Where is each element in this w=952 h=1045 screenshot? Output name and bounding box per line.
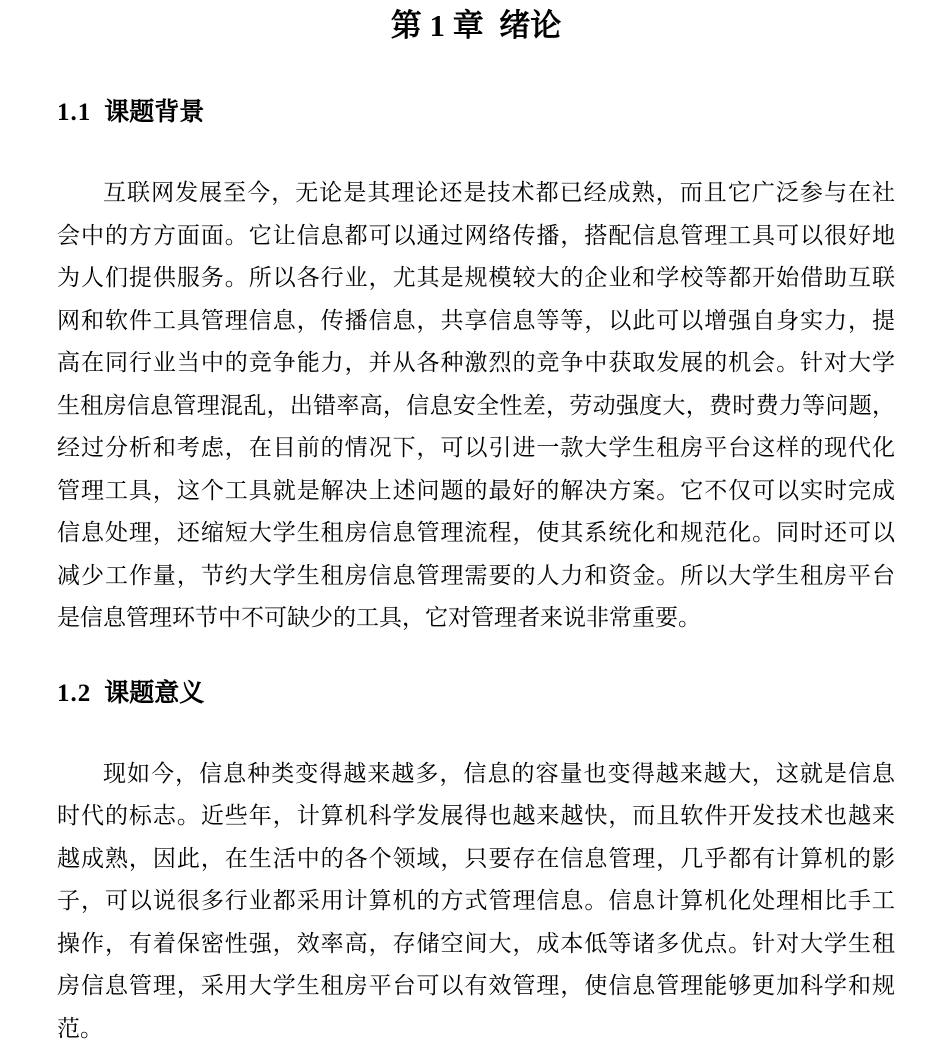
- section-heading-1-1: 1.1课题背景: [57, 98, 895, 128]
- chapter-title: 第 1 章 绪论: [57, 6, 895, 46]
- body-line: 管理工具，这个工具就是解决上述问题的最好的解决方案。它不仅可以实时完成: [57, 470, 895, 513]
- body-line: 生租房信息管理混乱，出错率高，信息安全性差，劳动强度大，费时费力等问题，: [57, 385, 895, 428]
- document-page: 第 1 章 绪论 1.1课题背景 互联网发展至今，无论是其理论还是技术都已经成熟…: [0, 0, 952, 1045]
- body-line: 子，可以说很多行业都采用计算机的方式管理信息。信息计算机化处理相比手工: [57, 880, 895, 923]
- body-line: 高在同行业当中的竞争能力，并从各种激烈的竞争中获取发展的机会。针对大学: [57, 342, 895, 385]
- body-line: 互联网发展至今，无论是其理论还是技术都已经成熟，而且它广泛参与在社: [57, 172, 895, 215]
- body-line: 范。: [57, 1008, 895, 1045]
- paragraph-significance: 现如今，信息种类变得越来越多，信息的容量也变得越来越大，这就是信息 时代的标志。…: [57, 753, 895, 1045]
- body-line: 越成熟，因此，在生活中的各个领域，只要存在信息管理，几乎都有计算机的影: [57, 838, 895, 881]
- paragraph-background: 互联网发展至今，无论是其理论还是技术都已经成熟，而且它广泛参与在社 会中的方方面…: [57, 172, 895, 640]
- body-line: 现如今，信息种类变得越来越多，信息的容量也变得越来越大，这就是信息: [57, 753, 895, 796]
- body-line: 为人们提供服务。所以各行业，尤其是规模较大的企业和学校等都开始借助互联: [57, 257, 895, 300]
- body-line: 信息处理，还缩短大学生租房信息管理流程，使其系统化和规范化。同时还可以: [57, 512, 895, 555]
- section-number: 1.2: [57, 680, 91, 707]
- body-line: 会中的方方面面。它让信息都可以通过网络传播，搭配信息管理工具可以很好地: [57, 215, 895, 258]
- body-line: 是信息管理环节中不可缺少的工具，它对管理者来说非常重要。: [57, 597, 895, 640]
- section-title: 课题意义: [104, 680, 204, 707]
- body-line: 经过分析和考虑，在目前的情况下，可以引进一款大学生租房平台这样的现代化: [57, 427, 895, 470]
- body-line: 网和软件工具管理信息，传播信息，共享信息等等，以此可以增强自身实力，提: [57, 300, 895, 343]
- body-line: 减少工作量，节约大学生租房信息管理需要的人力和资金。所以大学生租房平台: [57, 555, 895, 598]
- body-line: 时代的标志。近些年，计算机科学发展得也越来越快，而且软件开发技术也越来: [57, 795, 895, 838]
- section-title: 课题背景: [104, 99, 204, 126]
- body-line: 操作，有着保密性强，效率高，存储空间大，成本低等诸多优点。针对大学生租: [57, 923, 895, 966]
- section-heading-1-2: 1.2课题意义: [57, 679, 895, 709]
- section-number: 1.1: [57, 99, 91, 126]
- body-line: 房信息管理，采用大学生租房平台可以有效管理，使信息管理能够更加科学和规: [57, 965, 895, 1008]
